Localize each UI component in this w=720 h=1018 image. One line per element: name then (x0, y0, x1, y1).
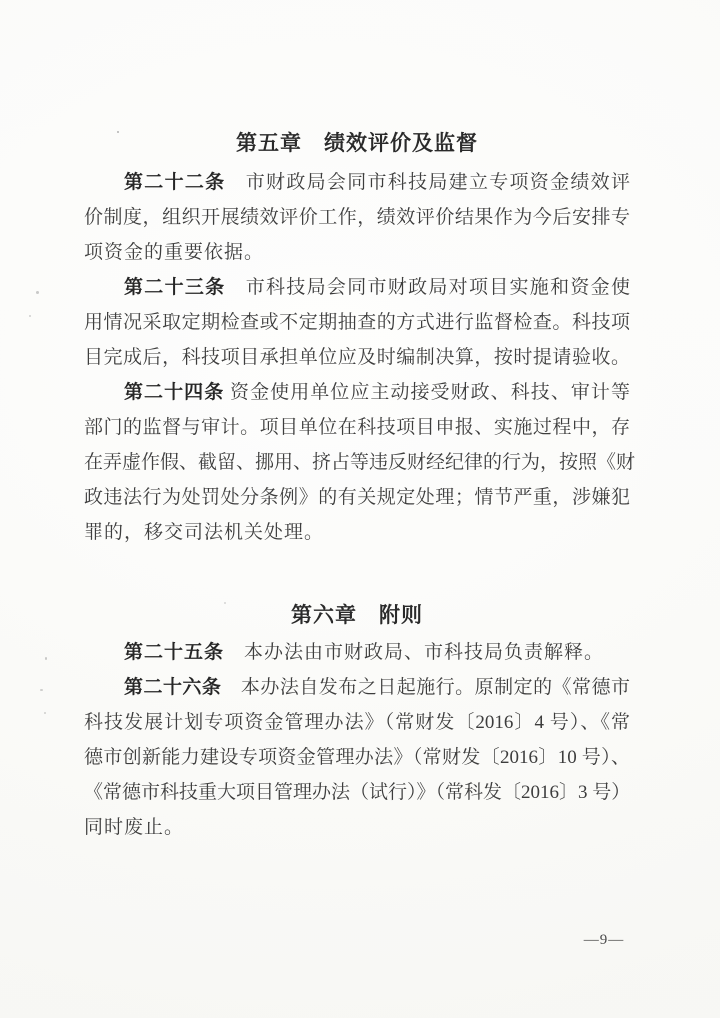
chapter-6-heading: 第六章 附则 (84, 598, 630, 633)
scan-speck (36, 291, 39, 294)
text-line: 第二十三条 市科技局会同市财政局对项目实施和资金使 (84, 270, 630, 305)
paragraph: 第二十五条 本办法由市财政局、市科技局负责解释。 (84, 635, 630, 670)
text-line: 项资金的重要依据。 (84, 235, 630, 270)
paragraph: 第二十四条 资金使用单位应主动接受财政、科技、审计等部门的监督与审计。项目单位在… (84, 375, 630, 550)
text-line: 第二十五条 本办法由市财政局、市科技局负责解释。 (84, 635, 630, 670)
scan-speck (40, 689, 43, 691)
chapter-5-heading: 第五章 绩效评价及监督 (84, 126, 630, 161)
text-line: 德市创新能力建设专项资金管理办法》（常财发〔2016〕10 号）、 (84, 740, 630, 775)
text-line: 用情况采取定期检查或不定期抽查的方式进行监督检查。科技项 (84, 305, 630, 340)
text-line: 价制度，组织开展绩效评价工作，绩效评价结果作为今后安排专 (84, 200, 630, 235)
text-line: 罪的，移交司法机关处理。 (84, 515, 630, 550)
page-number: —9— (578, 932, 630, 949)
text-line: 第二十四条 资金使用单位应主动接受财政、科技、审计等 (84, 375, 630, 410)
article-number: 第二十二条 (124, 172, 225, 193)
article-number: 第二十五条 (124, 642, 224, 663)
text-line: 《常德市科技重大项目管理办法（试行）》（常科发〔2016〕3 号） (84, 775, 630, 810)
article-number: 第二十四条 (124, 382, 224, 403)
paragraph: 第二十二条 市财政局会同市科技局建立专项资金绩效评价制度，组织开展绩效评价工作，… (84, 165, 630, 270)
paragraph: 第二十六条 本办法自发布之日起施行。原制定的《常德市科技发展计划专项资金管理办法… (84, 670, 630, 845)
text-line: 科技发展计划专项资金管理办法》（常财发〔2016〕4 号）、《常 (84, 705, 630, 740)
article-number: 第二十六条 (124, 677, 221, 698)
text-line: 政违法行为处罚处分条例》的有关规定处理；情节严重，涉嫌犯 (84, 480, 630, 515)
article-number: 第二十三条 (124, 277, 225, 298)
text-line: 部门的监督与审计。项目单位在科技项目申报、实施过程中，存 (84, 410, 630, 445)
text-line: 第二十六条 本办法自发布之日起施行。原制定的《常德市 (84, 670, 630, 705)
paragraph: 第二十三条 市科技局会同市财政局对项目实施和资金使用情况采取定期检查或不定期抽查… (84, 270, 630, 375)
scan-speck (44, 712, 46, 714)
text-line: 第二十二条 市财政局会同市科技局建立专项资金绩效评 (84, 165, 630, 200)
text-line: 在弄虚作假、截留、挪用、挤占等违反财经纪律的行为，按照《财 (84, 445, 630, 480)
text-line: 目完成后，科技项目承担单位应及时编制决算，按时提请验收。 (84, 340, 630, 375)
scan-speck (29, 315, 31, 317)
scan-speck (45, 657, 47, 660)
document-body: 第五章 绩效评价及监督第二十二条 市财政局会同市科技局建立专项资金绩效评价制度，… (84, 126, 630, 845)
scan-speck (117, 131, 119, 133)
text-line: 同时废止。 (84, 810, 630, 845)
scan-speck (224, 602, 226, 604)
